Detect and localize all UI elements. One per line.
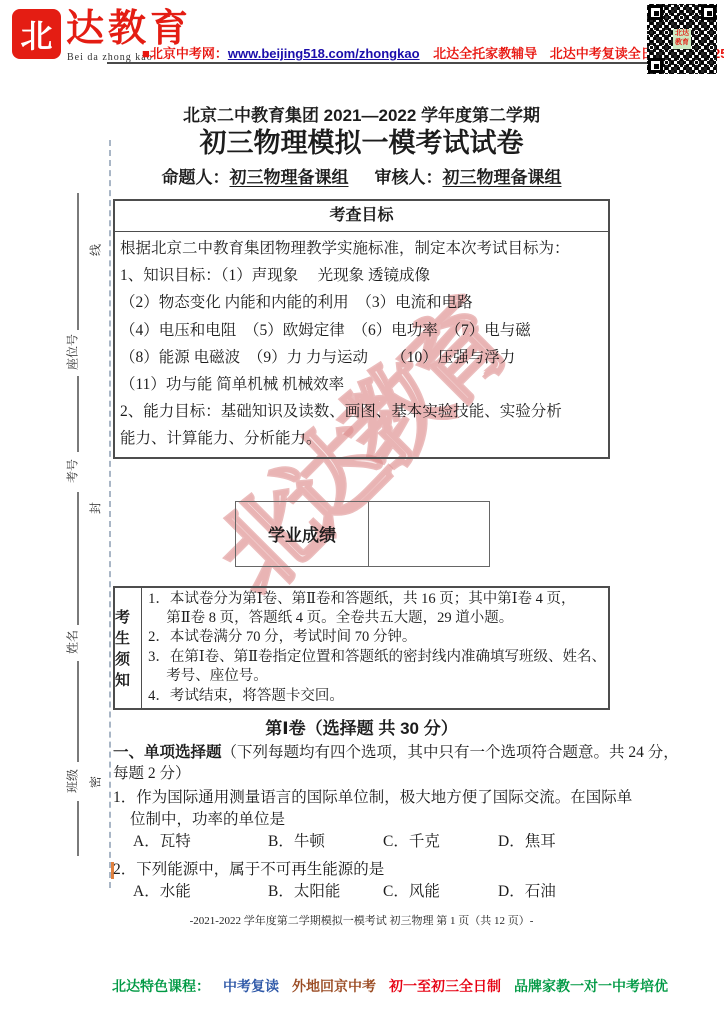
notice-line: 考号、座位号。 [148,667,606,686]
objective-line: 能力、计算能力、分析能力。 [120,425,603,452]
option-b: B．太阳能 [268,881,383,903]
exam-number-field-label: 考号 [64,459,81,483]
academic-score-table: 学业成绩 [235,501,490,567]
notice-line: 1．本试卷分为第Ⅰ卷、第Ⅱ卷和答题纸，共 16 页；其中第Ⅰ卷 4 页， [148,590,606,609]
question-1-options: A．瓦特B．牛顿C．千克D．焦耳 [113,831,610,853]
seat-number-field-label: 座位号 [64,334,81,370]
exam-paper-title: 初三物理模拟一模考试试卷 [113,126,610,160]
seal-blank-line [77,193,79,330]
candidate-notice-box: 考生须知 1．本试卷分为第Ⅰ卷、第Ⅱ卷和答题纸，共 16 页；其中第Ⅰ卷 4 页… [113,586,610,710]
objective-line: 2、能力目标：基础知识及读数、画图、基本实验技能、实验分析 [120,398,603,425]
objective-line: （11）功与能 简单机械 机械效率 [120,371,603,398]
bottom-promo-bar: 北达特色课程：中考复读外地回京中考初一至初三全日制品牌家教一对一中考培优 [112,976,681,996]
objective-line: 根据北京二中教育集团物理教学实施标准，制定本次考试目标为： [120,235,603,262]
objectives-box-header: 考查目标 [115,201,608,232]
question-1-text: 1．作为国际通用测量语言的国际单位制，极大地方便了国际交流。在国际单 [113,787,610,809]
notice-line: 2．本试卷满分 70 分，考试时间 70 分钟。 [148,628,606,647]
reviewer-value: 初三物理备课组 [443,168,562,187]
qr-finder-icon [701,5,716,20]
objective-line: （2）物态变化 内能和内能的利用 （3）电流和电路 [120,289,603,316]
multiple-choice-intro: 一、单项选择题（下列每题均有四个选项，其中只有一个选项符合题意。共 24 分， … [113,742,610,784]
section1-heading: 第Ⅰ卷（选择题 共 30 分） [113,718,610,740]
qr-finder-icon [648,58,663,73]
page-number-footer: -2021-2022 学年度第二学期模拟一模考试 初三物理 第 1 页（共 12… [113,912,610,928]
objectives-box-body: 根据北京二中教育集团物理教学实施标准，制定本次考试目标为： 1、知识目标：（1）… [115,232,608,457]
question-1: 1．作为国际通用测量语言的国际单位制，极大地方便了国际交流。在国际单 位制中，功… [113,787,610,853]
question-2-options: A．水能B．太阳能C．风能D．石油 [113,881,610,903]
option-a: A．水能 [133,881,268,903]
qr-center-logo: 北达教育 [673,29,691,49]
option-d: D．焦耳 [498,831,556,853]
option-c: C．千克 [383,831,498,853]
score-label-cell: 学业成绩 [236,502,369,566]
score-value-cell [369,502,489,566]
exam-paper-page: { "header": { "logo_seal_char": "北", "lo… [0,0,724,1024]
seal-blank-line [77,801,79,856]
promo-segment: 初一至初三全日制 [389,978,501,994]
objective-line: （4）电压和电阻 （5）欧姆定律 （6）电功率 （7）电与磁 [120,317,603,344]
promo-segment: 品牌家教一对一中考培优 [514,978,668,994]
notice-line: 3．在第Ⅰ卷、第Ⅱ卷指定位置和答题纸的密封线内准确填写班级、姓名、 [148,648,606,667]
question-2-text: 2．下列能源中，属于不可再生能源的是 [113,859,610,881]
seal-blank-line [77,376,79,452]
class-field-label: 班级 [64,769,81,793]
seal-char-mi: 密 [87,776,104,788]
setter-value: 初三物理备课组 [230,168,349,187]
site-url-link[interactable]: www.beijing518.com/zhongkao [228,46,420,61]
objective-line: 1、知识目标：（1）声现象 光现象 透镜成像 [120,262,603,289]
seal-dashed-line [109,140,111,888]
seal-blank-line [77,661,79,762]
question-2: 2．下列能源中，属于不可再生能源的是 A．水能B．太阳能C．风能D．石油 [113,859,610,903]
objective-line: （8）能源 电磁波 （9）力 力与运动 （10）压强与浮力 [120,344,603,371]
seal-blank-line [77,492,79,625]
exam-content-column: 北京二中教育集团 2021—2022 学年度第二学期 初三物理模拟一模考试试卷 … [113,100,610,928]
seal-char-feng: 封 [87,502,104,514]
option-b: B．牛顿 [268,831,383,853]
qr-code-icon: 北达教育 [647,4,717,74]
option-a: A．瓦特 [133,831,268,853]
qr-finder-icon [648,5,663,20]
seal-char-line: 线 [87,244,104,256]
notice-line: 第Ⅱ卷 8 页，答题纸 4 页。全卷共五大题，29 道小题。 [148,609,606,628]
header-divider [107,62,650,64]
notice-body-cell: 1．本试卷分为第Ⅰ卷、第Ⅱ卷和答题纸，共 16 页；其中第Ⅰ卷 4 页， 第Ⅱ卷… [142,588,608,708]
notice-line: 4．考试结束，将答题卡交回。 [148,687,606,706]
exam-objectives-box: 考查目标 根据北京二中教育集团物理教学实施标准，制定本次考试目标为： 1、知识目… [113,199,610,459]
promo-segment: 北达特色课程： [112,978,210,994]
option-d: D．石油 [498,881,556,903]
school-term-title: 北京二中教育集团 2021—2022 学年度第二学期 [113,106,610,126]
setter-label: 命题人： [162,168,230,187]
option-c: C．风能 [383,881,498,903]
promo-tutoring-text: 北达全托家教辅导 [433,46,537,61]
reviewer-label: 审核人： [375,168,443,187]
intro-rest-text: （下列每题均有四个选项，其中只有一个选项符合题意。共 24 分， [222,744,679,761]
intro-second-line: 每题 2 分） [113,763,610,784]
promo-segment: 外地回京中考 [292,978,376,994]
beida-seal-logo-icon: 北 [13,10,60,58]
notice-header-cell: 考生须知 [115,588,142,708]
name-field-label: 姓名 [64,630,81,654]
question-1-text-wrap: 位制中，功率的单位是 [113,809,610,831]
seal-character: 北 [20,11,52,57]
setter-reviewer-line: 命题人：初三物理备课组审核人：初三物理备课组 [113,166,610,190]
intro-bold-label: 一、单项选择题 [113,744,222,761]
site-label: ■北京中考网： [142,46,228,61]
promo-segment: 中考复读 [223,978,279,994]
masthead-contact-line: ■北京中考网：www.beijing518.com/zhongkao 北达全托家… [142,43,642,62]
